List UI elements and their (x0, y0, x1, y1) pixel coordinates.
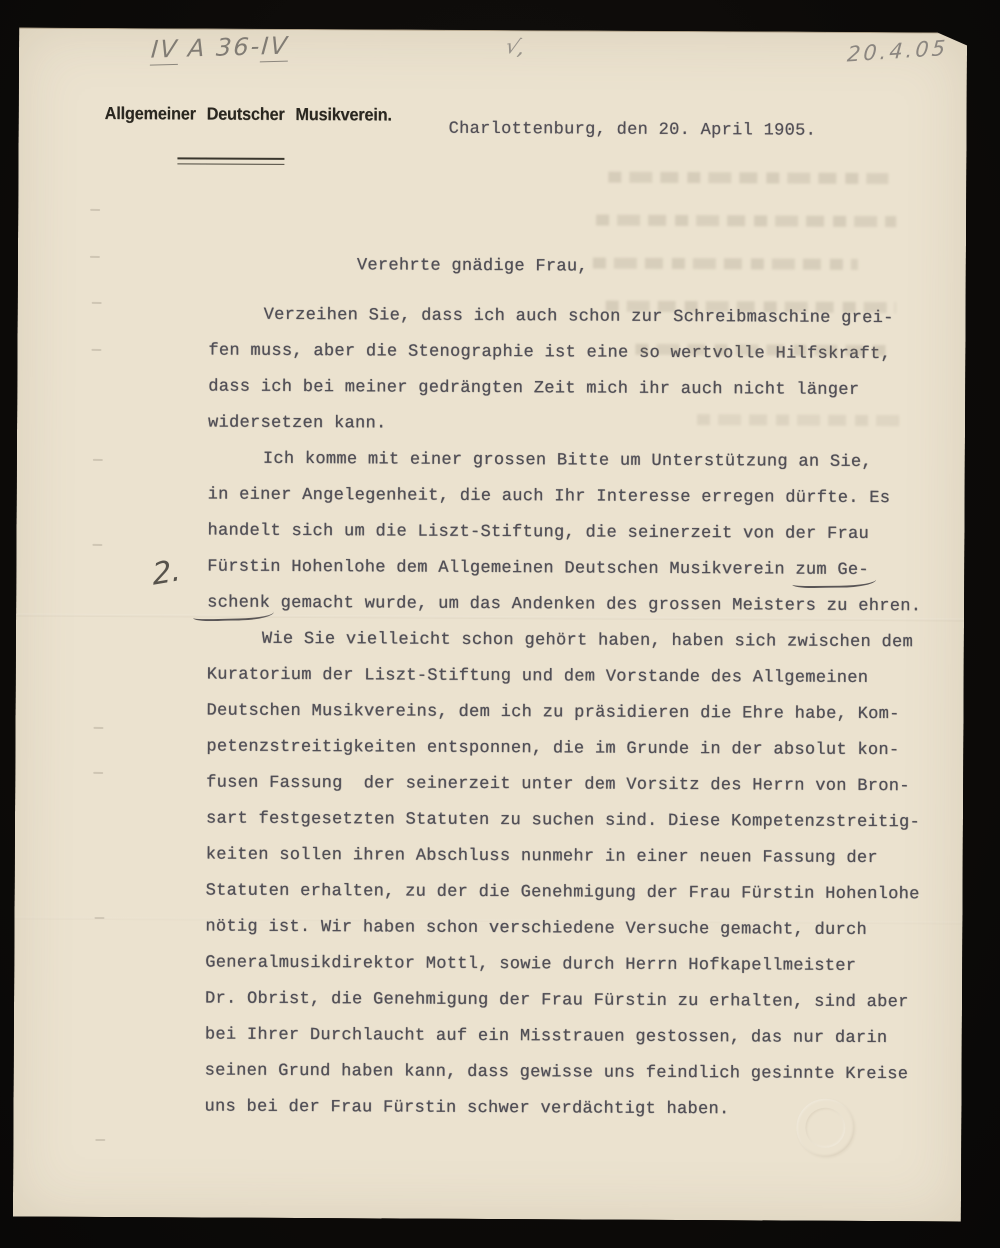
letter-line: keiten sollen ihren Abschluss nunmehr in… (206, 838, 940, 878)
file-number-annotation: IV A 36-IV (150, 31, 290, 63)
letter-body: Verehrte gnädige Frau, Verzeihen Sie, da… (204, 248, 943, 1130)
letter-line: petenzstreitigkeiten entsponnen, die im … (206, 730, 940, 770)
file-number-middle: A 36- (177, 32, 262, 63)
dateline: Charlottenburg, den 20. April 1905. (449, 120, 817, 141)
margin-dash (93, 772, 103, 774)
letter-line: sart festgesetzten Statuten zu suchen si… (206, 802, 940, 842)
margin-dash (93, 727, 103, 729)
letter-line: Fürstin Hohenlohe dem Allgemeinen Deutsc… (207, 550, 941, 590)
letter-line: Kuratorium der Liszt-Stiftung und dem Vo… (207, 658, 941, 698)
letterhead-title: Allgemeiner Deutscher Musikverein. (105, 103, 392, 126)
letter-line: bei Ihrer Durchlaucht auf ein Misstrauen… (205, 1018, 939, 1058)
hand-underlined-text: schenk (207, 594, 270, 613)
roman-numeral-underlined: IV (150, 35, 180, 66)
bleedthrough-line (608, 172, 888, 184)
margin-dash (91, 349, 101, 351)
letterhead-underline (177, 157, 284, 165)
margin-dash (90, 256, 100, 258)
margin-dash (93, 459, 103, 461)
letter-line: in einer Angelegenheit, die auch Ihr Int… (208, 478, 942, 518)
check-annotation: √, (503, 34, 530, 60)
letter-line: handelt sich um die Liszt-Stiftung, die … (207, 514, 941, 554)
embossed-seal (796, 1099, 854, 1157)
roman-numeral-underlined: IV (260, 31, 290, 62)
letter-line: Generalmusikdirektor Mottl, sowie durch … (205, 946, 939, 986)
margin-dash (95, 1139, 105, 1141)
letter-line: Deutschen Musikvereins, dem ich zu präsi… (206, 694, 940, 734)
line-text: Fürstin Hohenlohe dem Allgemeinen Deutsc… (207, 558, 795, 580)
bleedthrough-line (606, 301, 896, 314)
letter-line: Statuten erhalten, zu der die Genehmigun… (206, 874, 940, 914)
margin-dash (92, 302, 102, 304)
letter-paper: IV A 36-IV √, 20.4.05 2. Allgemeiner Deu… (13, 28, 967, 1222)
date-annotation: 20.4.05 (846, 36, 949, 67)
hand-underlined-text: zum Ge- (795, 561, 869, 580)
letter-line: nötig ist. Wir haben schon verschiedene … (205, 910, 939, 950)
line-text: gemacht wurde, um das Andenken des gross… (270, 594, 921, 616)
scan-background: IV A 36-IV √, 20.4.05 2. Allgemeiner Deu… (0, 0, 1000, 1248)
bleedthrough-line (697, 414, 902, 426)
margin-dash (90, 209, 100, 211)
letter-line: Dr. Obrist, die Genehmigung der Frau Für… (205, 982, 939, 1022)
margin-dash (92, 544, 102, 546)
bleedthrough-line (635, 344, 890, 356)
letter-line: Wie Sie vielleicht schon gehört haben, h… (207, 622, 941, 662)
letter-line: dass ich bei meiner gedrängten Zeit mich… (208, 370, 942, 410)
margin-annotation: 2. (151, 553, 181, 593)
letter-line: fusen Fassung der seinerzeit unter dem V… (206, 766, 940, 806)
letter-line: Ich komme mit einer grossen Bitte um Unt… (208, 442, 942, 482)
letter-line: seinen Grund haben kann, dass gewisse un… (205, 1054, 939, 1094)
bleedthrough-line (596, 215, 896, 228)
bleedthrough-line (593, 258, 858, 270)
